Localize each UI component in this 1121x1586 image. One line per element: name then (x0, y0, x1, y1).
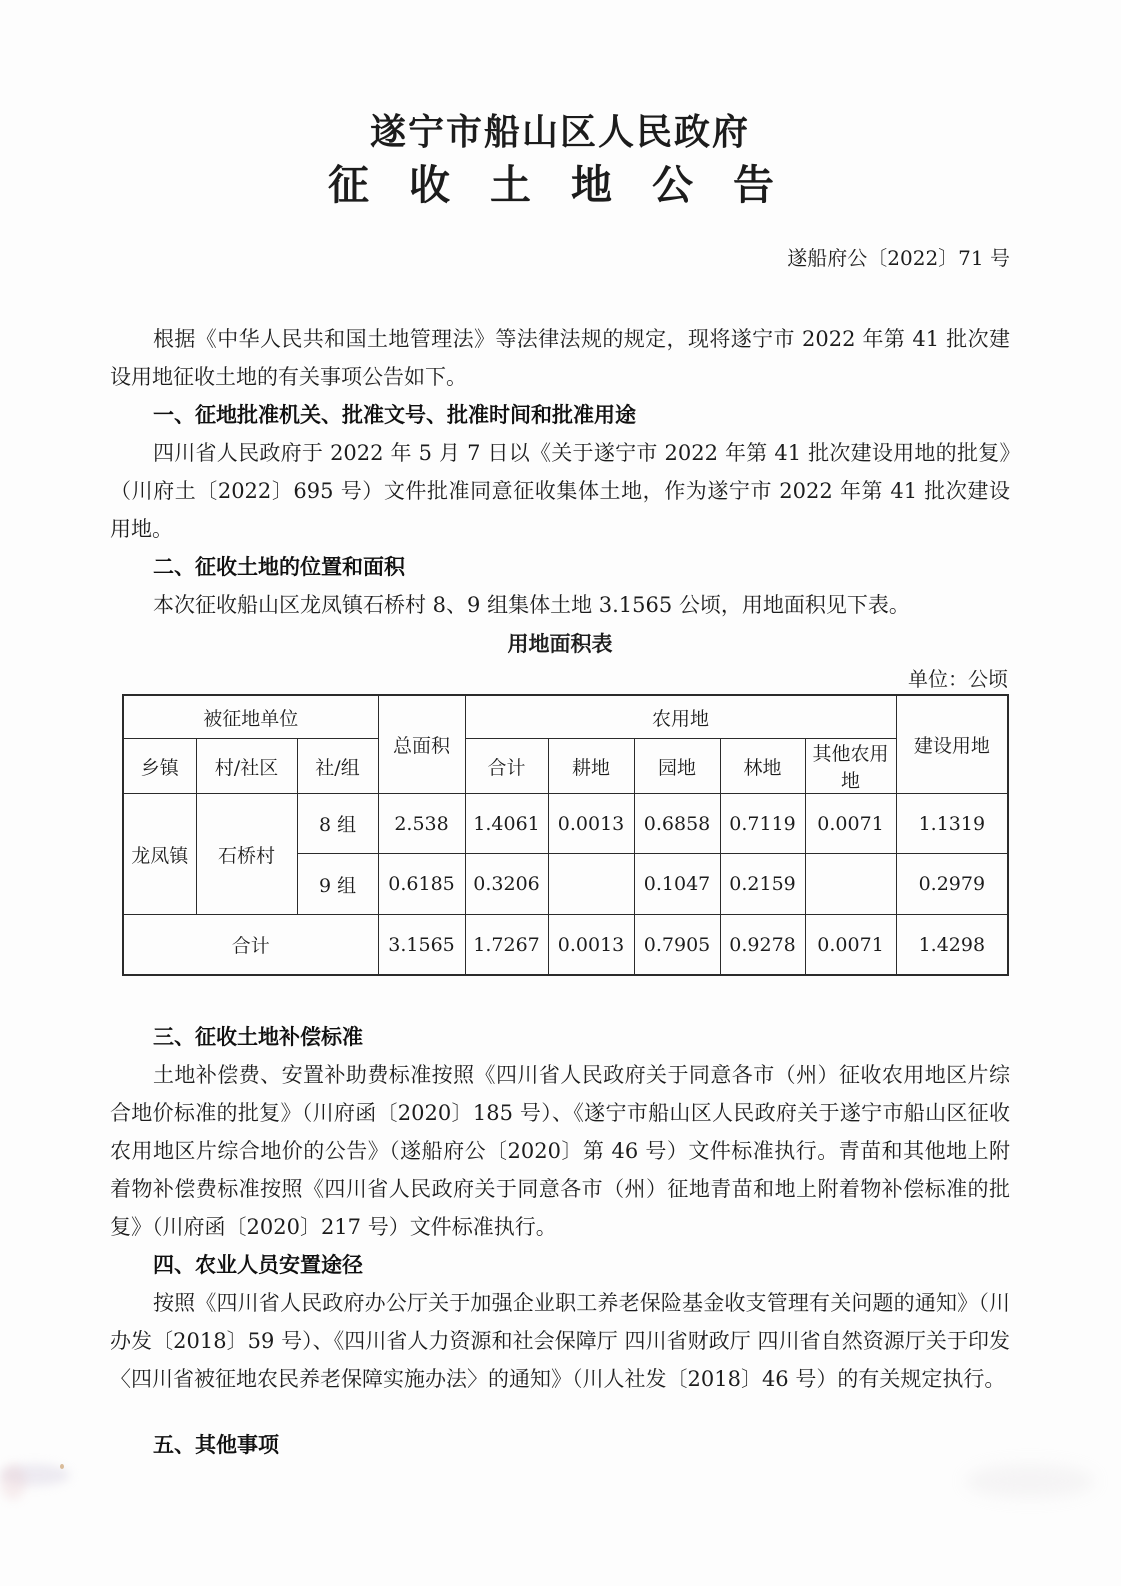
intro-paragraph: 根据《中华人民共和国土地管理法》等法律法规的规定，现将遂宁市 2022 年第 4… (110, 320, 1010, 396)
cell-total-area: 2.538 (378, 794, 465, 854)
cell-farmland-total: 1.7267 (465, 915, 548, 976)
cell-garden: 0.1047 (634, 854, 720, 915)
page-title: 遂宁市船山区人民政府 (110, 108, 1010, 156)
cell-construction: 1.4298 (896, 915, 1008, 976)
header-cell-construction: 建设用地 (896, 695, 1008, 794)
cell-other-farmland (805, 854, 896, 915)
cell-construction: 0.2979 (896, 854, 1008, 915)
page-subtitle: 征收土地公告 (110, 156, 1010, 214)
section-1-paragraph: 四川省人民政府于 2022 年 5 月 7 日以《关于遂宁市 2022 年第 4… (110, 434, 1010, 548)
cell-cultivated: 0.0013 (548, 915, 634, 976)
header-cell-unit-group: 被征地单位 (123, 695, 378, 739)
scan-speck (60, 1464, 64, 1469)
section-2-paragraph: 本次征收船山区龙凤镇石桥村 8、9 组集体土地 3.1565 公顷，用地面积见下… (110, 586, 1010, 624)
header-cell-total-area: 总面积 (378, 695, 465, 794)
cell-forest: 0.9278 (720, 915, 805, 976)
scan-smudge (965, 1464, 1095, 1498)
table-total-row: 合计 3.1565 1.7267 0.0013 0.7905 0.9278 0.… (123, 915, 1008, 976)
cell-total-area: 0.6185 (378, 854, 465, 915)
cell-farmland-total: 1.4061 (465, 794, 548, 854)
cell-cultivated (548, 854, 634, 915)
header-cell-group: 社/组 (297, 739, 378, 794)
cell-construction: 1.1319 (896, 794, 1008, 854)
cell-village: 石桥村 (196, 794, 297, 915)
header-cell-cultivated: 耕地 (548, 739, 634, 794)
table-header-row-1: 被征地单位 总面积 农用地 建设用地 (123, 695, 1008, 739)
header-cell-forest: 林地 (720, 739, 805, 794)
document-number: 遂船府公〔2022〕71 号 (110, 244, 1010, 272)
section-2-heading: 二、征收土地的位置和面积 (110, 548, 1010, 586)
header-cell-farmland-total: 合计 (465, 739, 548, 794)
header-cell-garden: 园地 (634, 739, 720, 794)
section-5-heading: 五、其他事项 (110, 1426, 1010, 1464)
cell-garden: 0.7905 (634, 915, 720, 976)
cell-forest: 0.2159 (720, 854, 805, 915)
cell-garden: 0.6858 (634, 794, 720, 854)
header-cell-other-farmland: 其他农用地 (805, 739, 896, 794)
cell-total-area: 3.1565 (378, 915, 465, 976)
cell-farmland-total: 0.3206 (465, 854, 548, 915)
cell-total-label: 合计 (123, 915, 378, 976)
land-area-table: 被征地单位 总面积 农用地 建设用地 乡镇 村/社区 社/组 合计 耕地 园地 … (122, 694, 1009, 976)
cell-group: 9 组 (297, 854, 378, 915)
section-4-paragraph: 按照《四川省人民政府办公厅关于加强企业职工养老保险基金收支管理有关问题的通知》（… (110, 1284, 1010, 1398)
table-header-row-2: 乡镇 村/社区 社/组 合计 耕地 园地 林地 其他农用地 (123, 739, 1008, 794)
section-1-heading: 一、征地批准机关、批准文号、批准时间和批准用途 (110, 396, 1010, 434)
scan-smudge (0, 1464, 26, 1500)
table-unit-label: 单位：公顷 (110, 664, 1010, 694)
section-4-heading: 四、农业人员安置途径 (110, 1246, 1010, 1284)
table-title: 用地面积表 (110, 624, 1010, 664)
cell-group: 8 组 (297, 794, 378, 854)
section-3-paragraph: 土地补偿费、安置补助费标准按照《四川省人民政府关于同意各市（州）征收农用地区片综… (110, 1056, 1010, 1246)
header-cell-township: 乡镇 (123, 739, 196, 794)
header-cell-village: 村/社区 (196, 739, 297, 794)
document-page: 遂宁市船山区人民政府 征收土地公告 遂船府公〔2022〕71 号 根据《中华人民… (0, 0, 1121, 1586)
cell-other-farmland: 0.0071 (805, 794, 896, 854)
table-row: 龙凤镇 石桥村 8 组 2.538 1.4061 0.0013 0.6858 0… (123, 794, 1008, 854)
cell-forest: 0.7119 (720, 794, 805, 854)
cell-township: 龙凤镇 (123, 794, 196, 915)
cell-other-farmland: 0.0071 (805, 915, 896, 976)
header-cell-farmland-group: 农用地 (465, 695, 896, 739)
cell-cultivated: 0.0013 (548, 794, 634, 854)
section-3-heading: 三、征收土地补偿标准 (110, 1018, 1010, 1056)
